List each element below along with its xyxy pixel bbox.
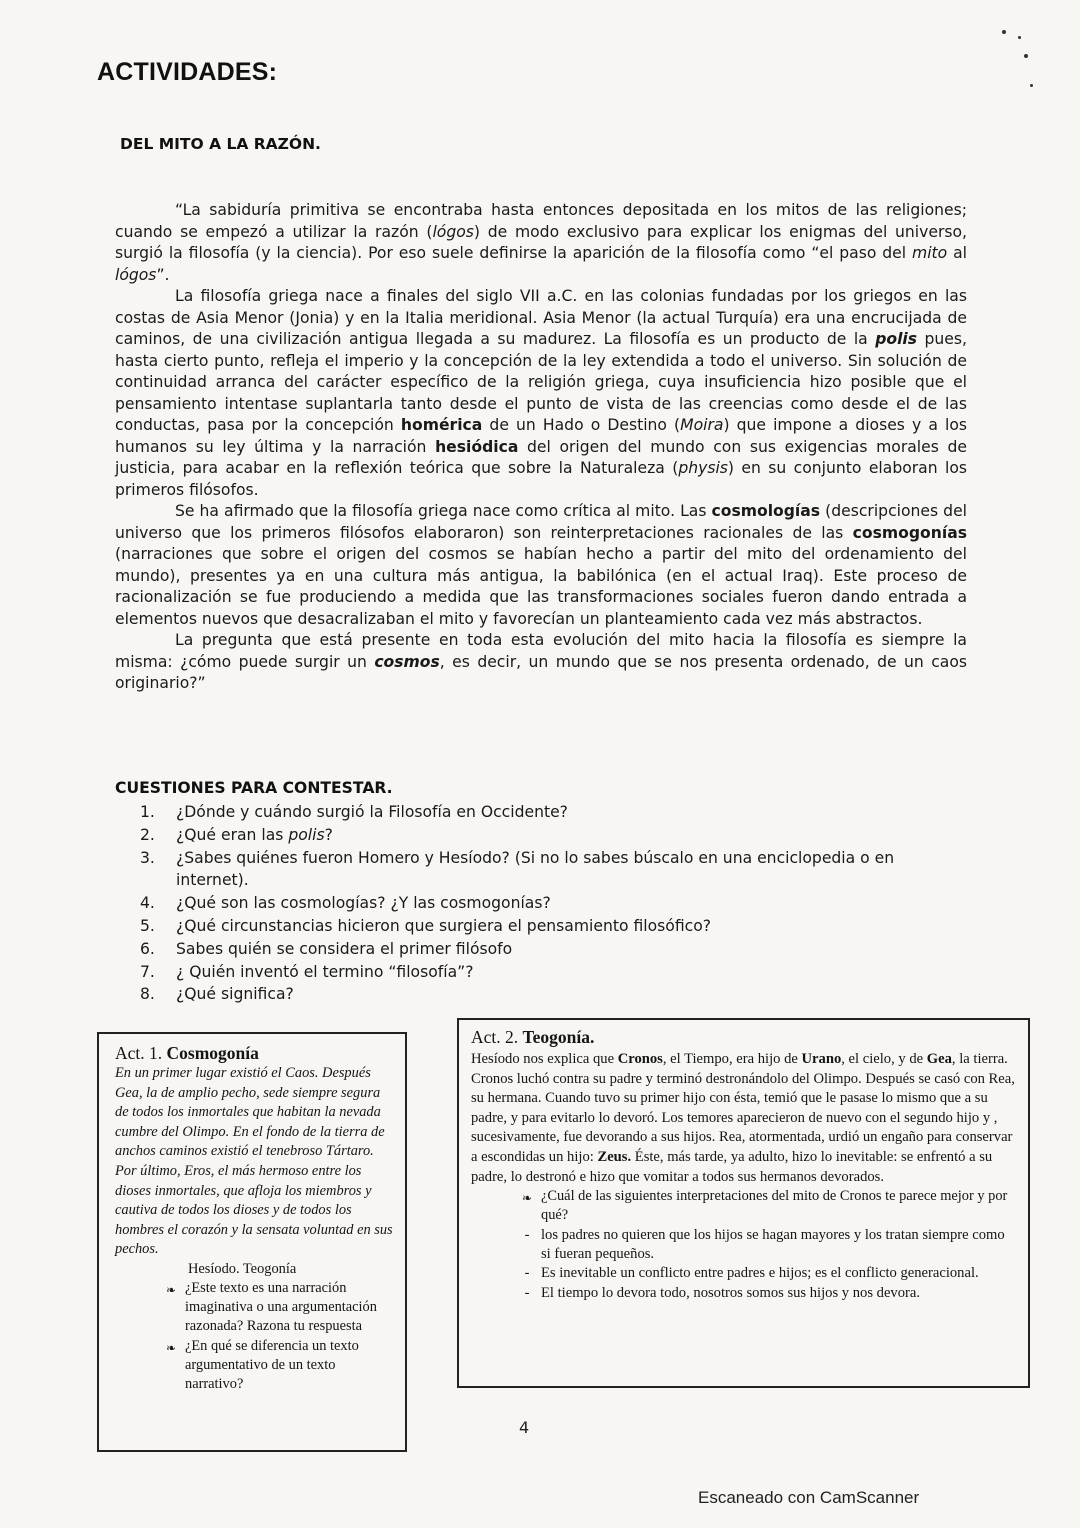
question-item: 8.¿Qué significa? bbox=[140, 983, 970, 1006]
document-page: ACTIVIDADES: DEL MITO A LA RAZÓN. “La sa… bbox=[0, 0, 1080, 1528]
question-item: 2.¿Qué eran las polis? bbox=[140, 824, 970, 847]
question-item: 7.¿ Quién inventó el termino “filosofía”… bbox=[140, 961, 970, 984]
activity-1-title: Act. 1. Cosmogonía bbox=[115, 1042, 397, 1064]
question-item: 6.Sabes quién se considera el primer fil… bbox=[140, 938, 970, 961]
question-text: ¿Qué son las cosmologías? ¿Y las cosmogo… bbox=[176, 892, 970, 915]
activity-1-quote: En un primer lugar existió el Caos. Desp… bbox=[115, 1064, 397, 1260]
activity-2-title: Act. 2. Teogonía. bbox=[471, 1026, 1018, 1048]
question-number: 5. bbox=[140, 915, 176, 938]
question-item: 5.¿Qué circunstancias hicieron que surgi… bbox=[140, 915, 970, 938]
question-text: Sabes quién se considera el primer filós… bbox=[176, 938, 970, 961]
scan-specks bbox=[1000, 22, 1040, 102]
decorative-bullet-icon: ❧ bbox=[157, 1279, 185, 1337]
option-item: -El tiempo lo devora todo, nosotros somo… bbox=[513, 1284, 1018, 1303]
question-number: 7. bbox=[140, 961, 176, 984]
question-text: ¿Qué circunstancias hicieron que surgier… bbox=[176, 915, 970, 938]
page-title: ACTIVIDADES: bbox=[97, 58, 277, 87]
activity-2-story: Hesíodo nos explica que Cronos, el Tiemp… bbox=[471, 1050, 1018, 1187]
activity-1-box: Act. 1. Cosmogonía En un primer lugar ex… bbox=[97, 1032, 407, 1452]
questions-title: CUESTIONES PARA CONTESTAR. bbox=[115, 779, 393, 797]
paragraph: La filosofía griega nace a finales del s… bbox=[115, 286, 967, 501]
question-text: ¿Qué eran las polis? bbox=[176, 824, 970, 847]
activity-2-box: Act. 2. Teogonía. Hesíodo nos explica qu… bbox=[457, 1018, 1030, 1388]
activity-1-task: ❧ ¿Este texto es una narración imaginati… bbox=[157, 1279, 397, 1337]
question-text: ¿ Quién inventó el termino “filosofía”? bbox=[176, 961, 970, 984]
decorative-bullet-icon: ❧ bbox=[157, 1337, 185, 1395]
interpretation-options: -los padres no quieren que los hijos se … bbox=[471, 1226, 1018, 1304]
paragraph: Se ha afirmado que la filosofía griega n… bbox=[115, 501, 967, 630]
question-number: 1. bbox=[140, 801, 176, 824]
activity-2-task: ❧ ¿Cuál de las siguientes interpretacion… bbox=[513, 1187, 1018, 1225]
page-number: 4 bbox=[519, 1418, 529, 1437]
question-item: 1.¿Dónde y cuándo surgió la Filosofía en… bbox=[140, 801, 970, 824]
section-title: DEL MITO A LA RAZÓN. bbox=[120, 135, 321, 153]
question-number: 3. bbox=[140, 847, 176, 893]
question-text: ¿Sabes quiénes fueron Homero y Hesíodo? … bbox=[176, 847, 970, 893]
question-text: ¿Dónde y cuándo surgió la Filosofía en O… bbox=[176, 801, 970, 824]
questions-list: 1.¿Dónde y cuándo surgió la Filosofía en… bbox=[140, 801, 970, 1006]
scanner-watermark: Escaneado con CamScanner bbox=[698, 1488, 919, 1508]
dash-bullet: - bbox=[513, 1226, 541, 1265]
reading-text: “La sabiduría primitiva se encontraba ha… bbox=[115, 200, 967, 695]
activity-1-task: ❧ ¿En qué se diferencia un texto argumen… bbox=[157, 1337, 397, 1395]
question-number: 4. bbox=[140, 892, 176, 915]
paragraph: “La sabiduría primitiva se encontraba ha… bbox=[115, 200, 967, 286]
decorative-bullet-icon: ❧ bbox=[513, 1187, 541, 1225]
option-item: -Es inevitable un conflicto entre padres… bbox=[513, 1264, 1018, 1283]
dash-bullet: - bbox=[513, 1284, 541, 1303]
question-number: 8. bbox=[140, 983, 176, 1006]
question-number: 2. bbox=[140, 824, 176, 847]
option-item: -los padres no quieren que los hijos se … bbox=[513, 1226, 1018, 1265]
question-item: 3.¿Sabes quiénes fueron Homero y Hesíodo… bbox=[140, 847, 970, 893]
question-text: ¿Qué significa? bbox=[176, 983, 970, 1006]
question-item: 4.¿Qué son las cosmologías? ¿Y las cosmo… bbox=[140, 892, 970, 915]
question-number: 6. bbox=[140, 938, 176, 961]
dash-bullet: - bbox=[513, 1264, 541, 1283]
activity-1-attribution: Hesíodo. Teogonía bbox=[188, 1260, 397, 1279]
paragraph: La pregunta que está presente en toda es… bbox=[115, 630, 967, 695]
